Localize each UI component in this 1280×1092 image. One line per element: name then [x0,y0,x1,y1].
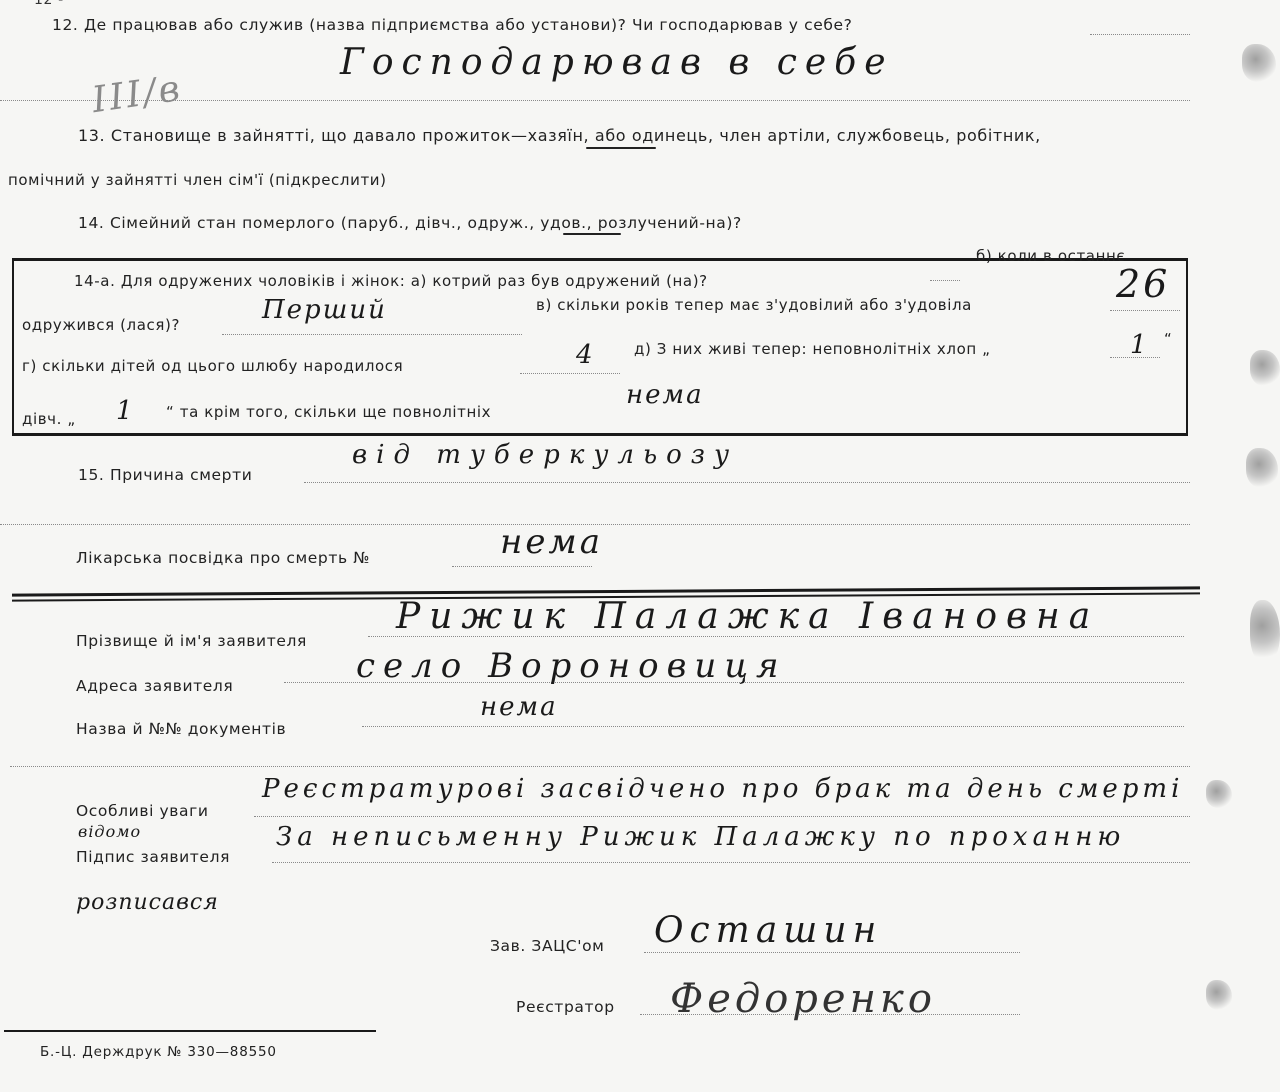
q14a-answer-v-line [1110,310,1180,311]
signature-line1: За неписьменну Рижик Палажку по проханню [276,822,1125,852]
q14a-line4-left: дівч. „ [22,410,76,428]
q14a-answer-a-line [222,334,522,335]
q13-label-b: або одинець, член артіли, службовець, ро… [589,126,1041,145]
q13-line2: помічний у зайнятті член сім'ї (підкресл… [8,171,387,189]
q14a-line2-mid: в) скільки років тепер має з'удовілий аб… [536,296,972,314]
applicant-address-label: Адреса заявителя [76,677,233,695]
paper-stain [1206,980,1232,1010]
signature-line [272,862,1190,863]
remarks-top-line [10,766,1190,767]
paper-stain [1206,780,1232,808]
q14a-answer-v: 26 [1116,262,1170,306]
signature-label: Підпис заявителя [76,848,230,866]
paper-stain [1250,350,1280,386]
paper-stain [1242,44,1276,82]
q13-line1: 13. Становище в зайнятті, що давало прож… [78,126,1041,145]
q14a-line3-right: д) З них живі тепер: неповнолітніх хлоп … [634,340,991,358]
q14-label-a: 14. Сімейний стан померлого (паруб., дів… [78,214,467,232]
paper-stain [1246,448,1278,488]
footer-rule [4,1030,376,1032]
q14a-answer-adults: нема [626,380,704,410]
q14a-line1-dots [930,280,960,281]
remarks-line [254,816,1190,817]
applicant-address-value: село Вороновиця [356,646,787,686]
q14-married-underline [563,233,621,235]
q13-owner-underline [586,147,656,149]
q14a-answer-a: Перший [262,295,387,325]
q14-label-b: , удов., розлучений-на)? [529,214,742,232]
q14a-answer-g: 4 [576,340,595,370]
registrar-label: Реєстратор [516,998,615,1016]
q14a-line4-mid: “ та крім того, скільки ще повнолітніх [166,403,491,421]
applicant-docs-line [362,726,1184,727]
remarks-line1: Реєстратурові засвідчено про брак та ден… [262,774,1183,804]
q14a-line1-right: б) коли в останнє [976,247,1125,265]
q12-answer-line [0,100,1190,101]
head-label: Зав. ЗАЦС'ом [490,937,604,955]
top-fragment: 12 - [34,0,64,8]
q12-margin-note: III/в [90,68,186,121]
applicant-name-value: Рижик Палажка Івановна [396,596,1099,637]
remarks-margin-word: відомо [78,822,141,841]
q13-label-a: 13. Становище в зайнятті, що давало прож… [78,126,528,145]
q12-answer: Господарював в себе [340,42,894,83]
applicant-name-label: Прізвище й ім'я заявителя [76,632,307,650]
q14a-line3-left: г) скільки дітей од цього шлюбу народило… [22,357,403,375]
medical-cert-label: Лікарська посвідка про смерть № [76,549,370,567]
printer-imprint: Б.-Ц. Держдрук № 330—88550 [40,1044,277,1060]
q14a-close-quote: “ [1164,330,1172,348]
q14a-answer-g-line [520,373,620,374]
medical-cert-answer: нема [500,522,603,562]
q14a-answer-boys: 1 [1130,330,1149,360]
medical-cert-line [452,566,592,567]
paper-stain [1250,600,1280,664]
q12-dotted-line-1 [1090,34,1190,35]
q15-label: 15. Причина смерти [78,466,252,484]
q14a-answer-girls: 1 [116,396,135,426]
registrar-signature: Федоренко [670,976,936,1022]
applicant-docs-label: Назва й №№ документів [76,720,286,738]
signature-line2: розписався [76,890,219,915]
q14-option-married: одруж. [467,214,529,232]
head-signature: Осташин [654,910,882,951]
q14a-line2-left: одружився (лася)? [22,316,180,334]
head-line [644,952,1020,953]
q15-answer-line [304,482,1190,483]
q12-label: 12. Де працював або служив (назва підпри… [52,16,852,34]
q14a-line1-left: 14-а. Для одружених чоловіків і жінок: а… [74,272,708,290]
q14-line: 14. Сімейний стан померлого (паруб., дів… [78,214,742,232]
remarks-label: Особливі уваги [76,802,209,820]
q13-option-owner: хазяїн, [528,126,590,145]
applicant-docs-value: нема [480,692,558,722]
q15-answer: від туберкульозу [352,440,738,470]
